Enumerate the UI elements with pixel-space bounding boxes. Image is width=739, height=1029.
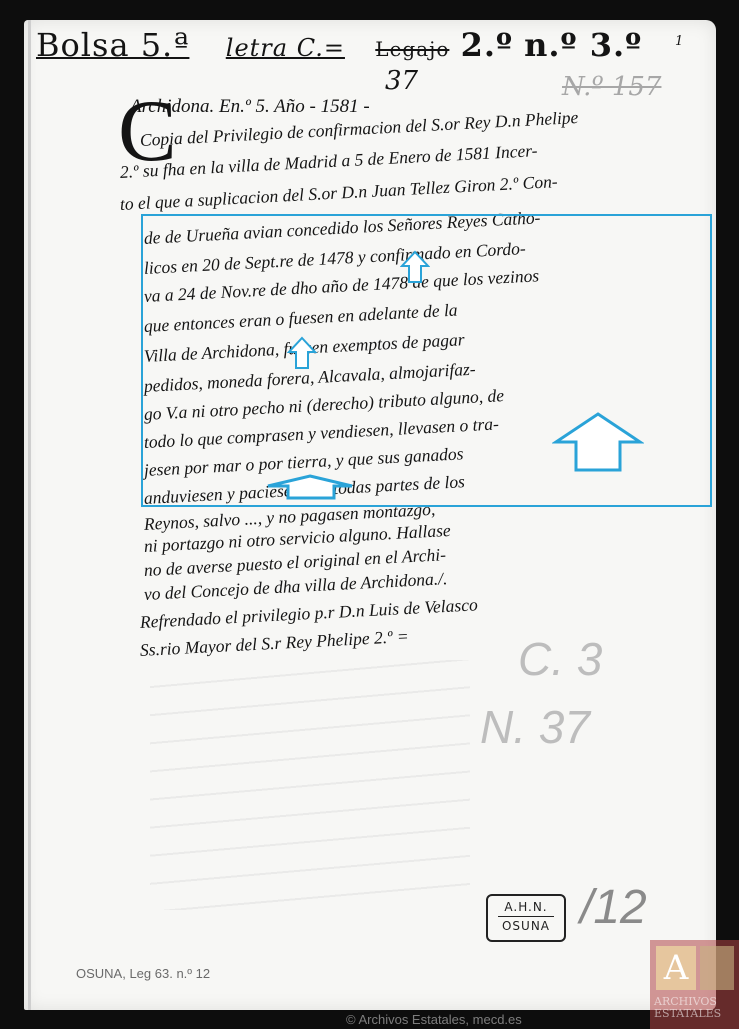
arrow-up-icon bbox=[552, 412, 644, 472]
folio-number: 1 bbox=[675, 34, 683, 49]
archivos-estatales-logo: A ARCHIVOS ESTATALES bbox=[650, 940, 739, 1029]
header-bolsa: Bolsa 5.ª bbox=[36, 26, 189, 64]
arrow-up-icon bbox=[400, 250, 430, 284]
header-line: Bolsa 5.ª letra C.= Legajo 2.º n.º 3.º bbox=[36, 26, 642, 64]
header-below-number: 37 bbox=[385, 66, 418, 96]
bleedthrough-lines bbox=[150, 660, 470, 910]
arrow-up-icon bbox=[264, 474, 356, 500]
folio-number-pencil: /12 bbox=[580, 880, 647, 935]
stamp-line-1: A.H.N. bbox=[488, 900, 564, 914]
struck-reference: N.º 157 bbox=[562, 72, 661, 102]
pencil-note-c3: C. 3 bbox=[518, 632, 602, 686]
logo-block bbox=[700, 946, 734, 990]
bleedthrough-text bbox=[116, 612, 120, 630]
pencil-note-n37: N. 37 bbox=[480, 700, 590, 754]
logo-text: ARCHIVOS ESTATALES bbox=[654, 996, 721, 1020]
header-struck-word: Legajo bbox=[375, 37, 449, 61]
header-letra: letra C.= bbox=[226, 34, 345, 62]
bottom-reference: OSUNA, Leg 63. n.º 12 bbox=[76, 966, 210, 981]
arrow-up-icon bbox=[287, 336, 317, 370]
header-legajo-number: 2.º bbox=[461, 26, 513, 64]
logo-letter: A bbox=[656, 946, 696, 990]
copyright-watermark: © Archivos Estatales, mecd.es bbox=[346, 1012, 522, 1027]
header-numero: n.º 3.º bbox=[524, 26, 642, 64]
ahn-stamp: A.H.N. OSUNA bbox=[486, 894, 566, 942]
stamp-line-2: OSUNA bbox=[488, 919, 564, 933]
